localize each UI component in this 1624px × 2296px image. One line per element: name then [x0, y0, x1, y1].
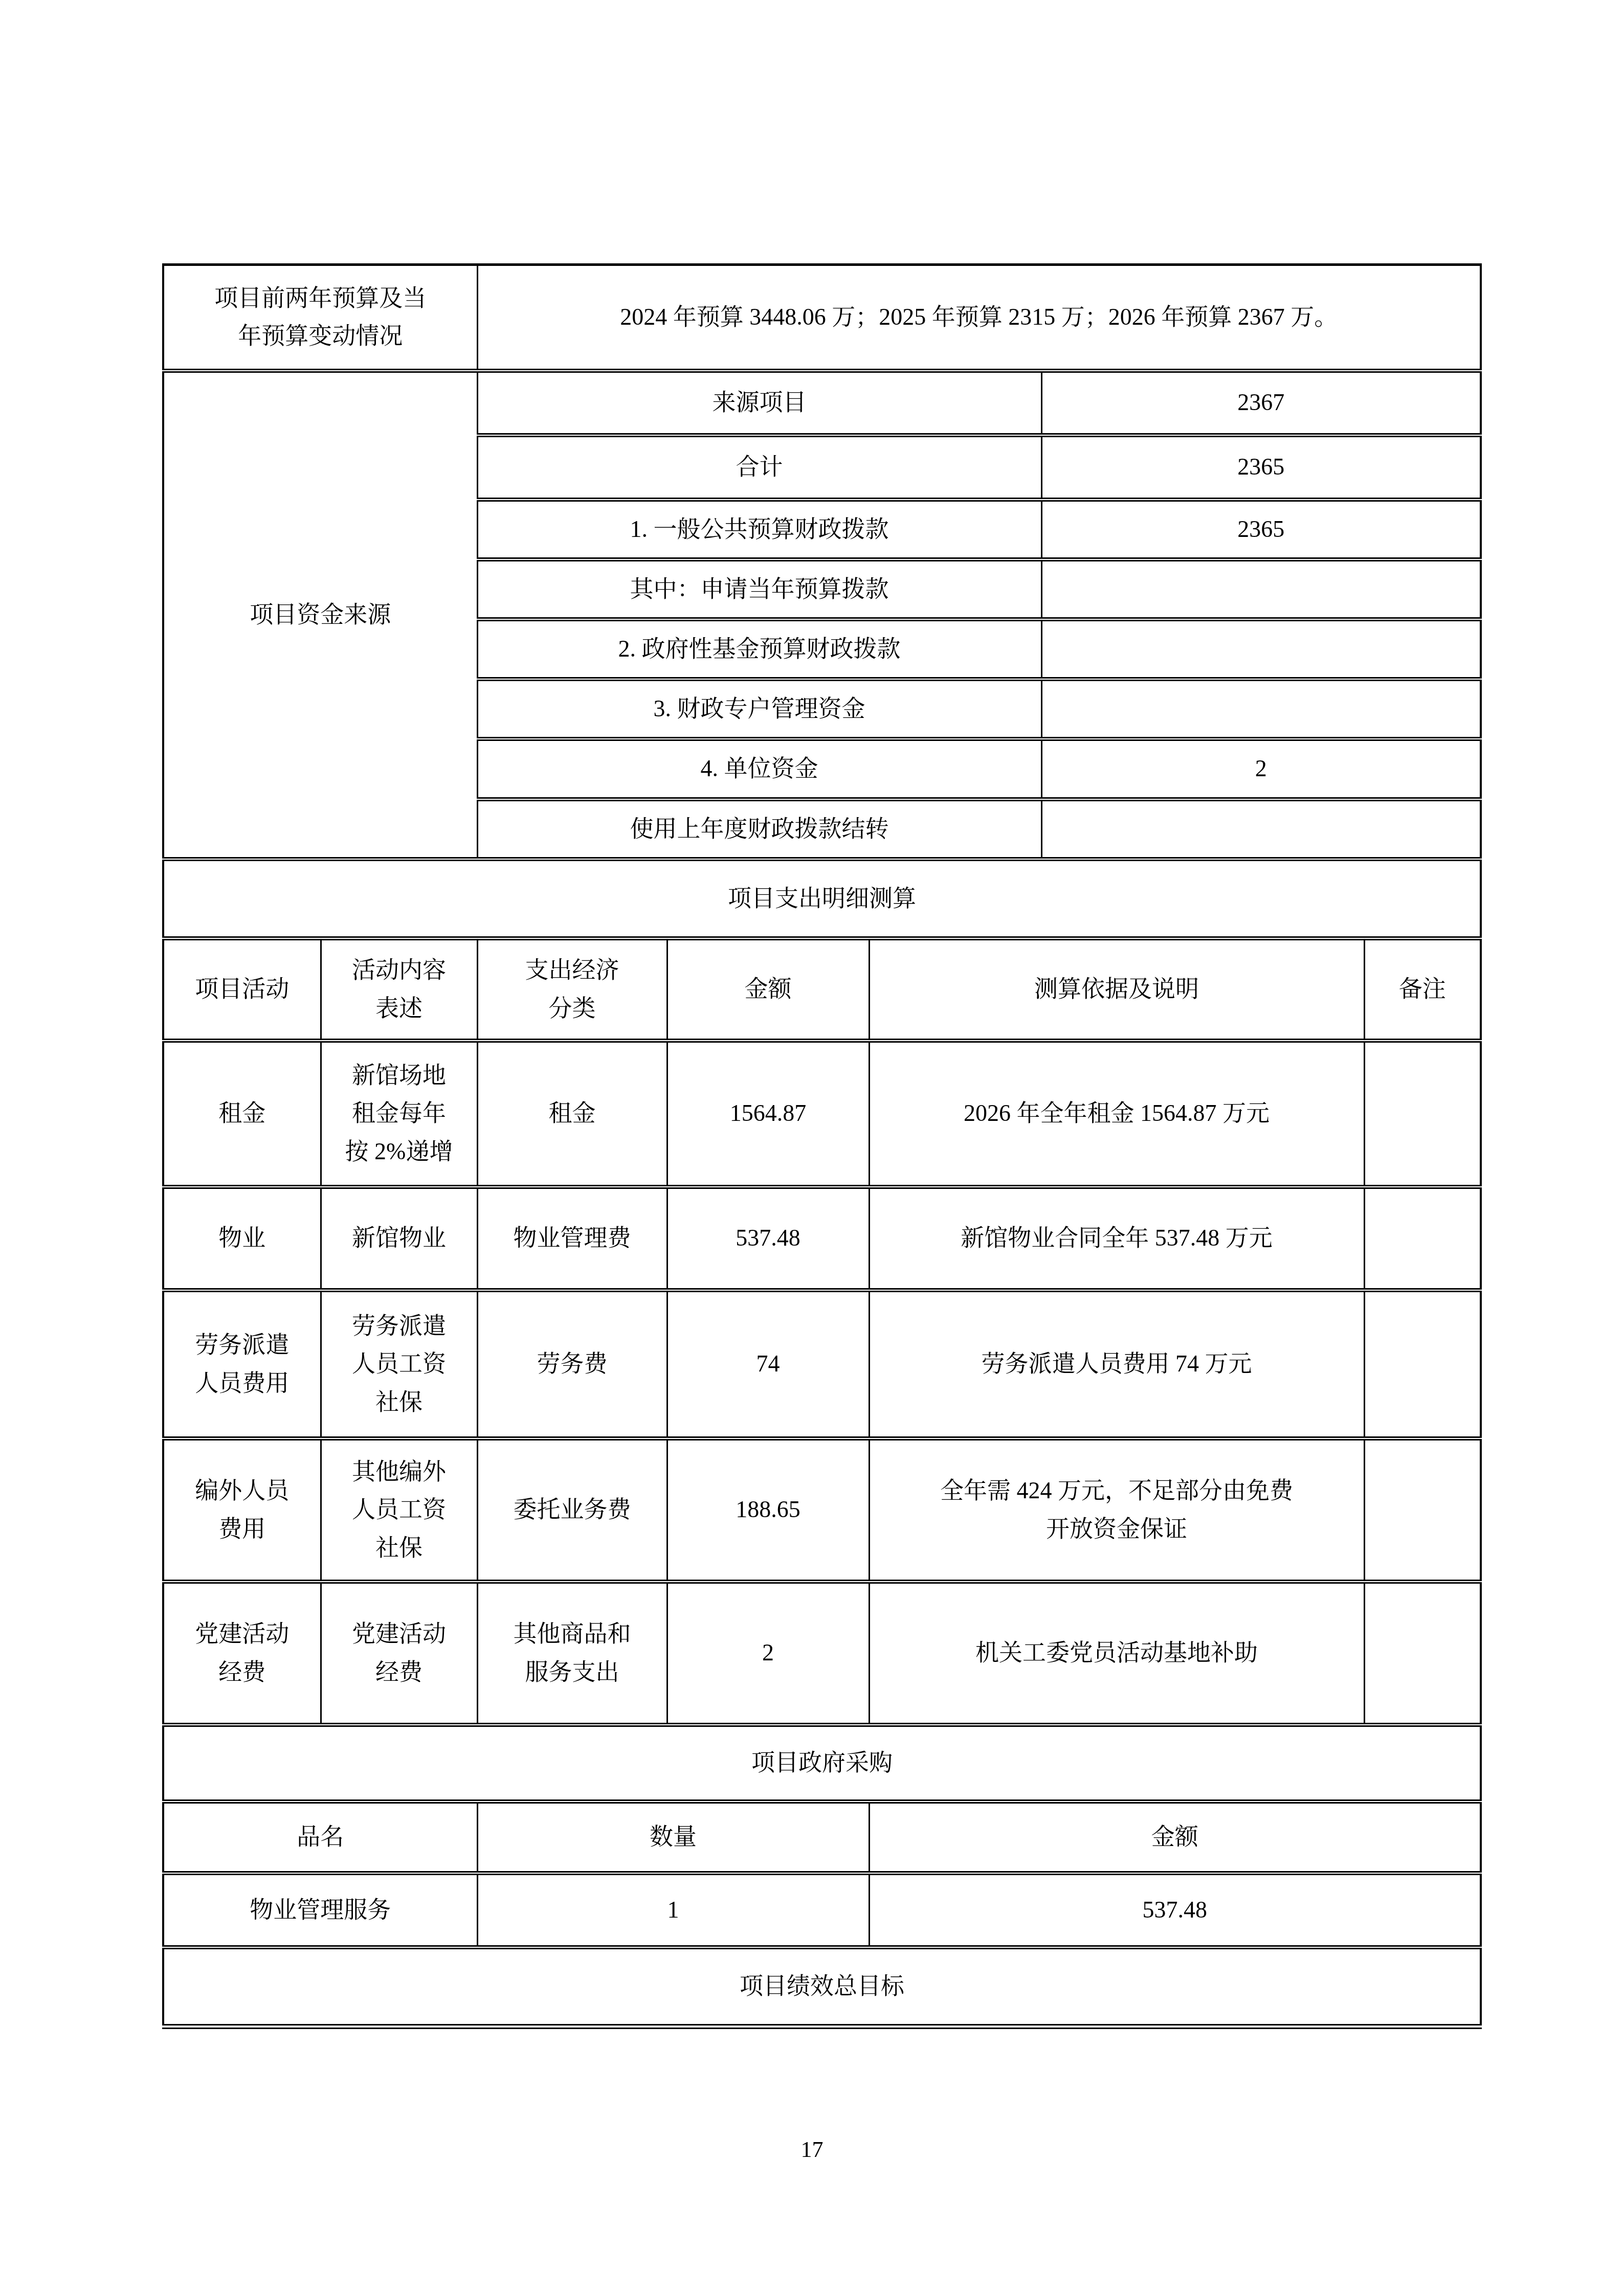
procurement-row-property-service: 物业管理服务 1 537.48 — [163, 1873, 1481, 1947]
funding-item: 使用上年度财政拨款结转 — [477, 799, 1041, 859]
procurement-section-title-row: 项目政府采购 — [163, 1725, 1481, 1802]
cell-amount: 74 — [667, 1290, 869, 1438]
cell-content: 其他编外 人员工资 社保 — [321, 1438, 477, 1582]
cell-amount: 1564.87 — [667, 1041, 869, 1187]
funding-value — [1041, 679, 1481, 739]
cell-category: 租金 — [477, 1041, 667, 1187]
prior-budget-label: 项目前两年预算及当 年预算变动情况 — [163, 265, 477, 371]
cell-basis: 2026 年全年租金 1564.87 万元 — [869, 1041, 1364, 1187]
cell-basis: 全年需 424 万元，不足部分由免费 开放资金保证 — [869, 1438, 1364, 1582]
funding-item: 合计 — [477, 435, 1041, 500]
cell-basis: 劳务派遣人员费用 74 万元 — [869, 1290, 1364, 1438]
cell-category: 委托业务费 — [477, 1438, 667, 1582]
funding-value — [1041, 799, 1481, 859]
cell-activity: 租金 — [163, 1041, 321, 1187]
funding-value: 2365 — [1041, 435, 1481, 500]
cell-basis: 新馆物业合同全年 537.48 万元 — [869, 1187, 1364, 1290]
cell-content: 新馆物业 — [321, 1187, 477, 1290]
col-header-activity: 项目活动 — [163, 938, 321, 1041]
funding-value: 2 — [1041, 739, 1481, 799]
prior-budget-value: 2024 年预算 3448.06 万；2025 年预算 2315 万；2026 … — [477, 265, 1481, 371]
cell-content: 劳务派遣 人员工资 社保 — [321, 1290, 477, 1438]
funding-row-source-item: 项目资金来源 来源项目 2367 — [163, 371, 1481, 435]
funding-item: 1. 一般公共预算财政拨款 — [477, 500, 1041, 559]
funding-value: 2367 — [1041, 371, 1481, 435]
cell-content: 党建活动 经费 — [321, 1582, 477, 1725]
funding-section-label: 项目资金来源 — [163, 371, 477, 859]
cell-note — [1364, 1582, 1481, 1725]
cell-category: 劳务费 — [477, 1290, 667, 1438]
cell-amount: 2 — [667, 1582, 869, 1725]
cell-content: 新馆场地 租金每年 按 2%递增 — [321, 1041, 477, 1187]
col-header-amount: 金额 — [667, 938, 869, 1041]
col-header-quantity: 数量 — [477, 1802, 869, 1873]
cell-note — [1364, 1041, 1481, 1187]
col-header-item-name: 品名 — [163, 1802, 477, 1873]
cell-activity: 编外人员 费用 — [163, 1438, 321, 1582]
expenditure-section-title-row: 项目支出明细测算 — [163, 859, 1481, 938]
cell-amount: 537.48 — [667, 1187, 869, 1290]
budget-table: 项目前两年预算及当 年预算变动情况 2024 年预算 3448.06 万；202… — [162, 263, 1482, 2029]
performance-section-title-row: 项目绩效总目标 — [163, 1947, 1481, 2027]
cell-proc-amount: 537.48 — [869, 1873, 1481, 1947]
funding-item: 其中：申请当年预算拨款 — [477, 559, 1041, 619]
cell-quantity: 1 — [477, 1873, 869, 1947]
col-header-note: 备注 — [1364, 938, 1481, 1041]
cell-activity: 党建活动 经费 — [163, 1582, 321, 1725]
funding-item: 来源项目 — [477, 371, 1041, 435]
funding-item: 2. 政府性基金预算财政拨款 — [477, 619, 1041, 679]
expenditure-row-rent: 租金 新馆场地 租金每年 按 2%递增 租金 1564.87 2026 年全年租… — [163, 1041, 1481, 1187]
budget-document: 项目前两年预算及当 年预算变动情况 2024 年预算 3448.06 万；202… — [162, 263, 1482, 2029]
col-header-content: 活动内容 表述 — [321, 938, 477, 1041]
funding-item: 4. 单位资金 — [477, 739, 1041, 799]
performance-section-title: 项目绩效总目标 — [163, 1947, 1481, 2027]
expenditure-row-party-building: 党建活动 经费 党建活动 经费 其他商品和 服务支出 2 机关工委党员活动基地补… — [163, 1582, 1481, 1725]
cell-basis: 机关工委党员活动基地补助 — [869, 1582, 1364, 1725]
funding-value: 2365 — [1041, 500, 1481, 559]
cell-note — [1364, 1290, 1481, 1438]
col-header-basis: 测算依据及说明 — [869, 938, 1364, 1041]
procurement-section-title: 项目政府采购 — [163, 1725, 1481, 1802]
col-header-category: 支出经济 分类 — [477, 938, 667, 1041]
prior-budget-row: 项目前两年预算及当 年预算变动情况 2024 年预算 3448.06 万；202… — [163, 265, 1481, 371]
cell-activity: 物业 — [163, 1187, 321, 1290]
cell-note — [1364, 1187, 1481, 1290]
cell-note — [1364, 1438, 1481, 1582]
expenditure-row-external-staff: 编外人员 费用 其他编外 人员工资 社保 委托业务费 188.65 全年需 42… — [163, 1438, 1481, 1582]
cell-activity: 劳务派遣 人员费用 — [163, 1290, 321, 1438]
expenditure-section-title: 项目支出明细测算 — [163, 859, 1481, 938]
cell-category: 物业管理费 — [477, 1187, 667, 1290]
expenditure-row-labor-dispatch: 劳务派遣 人员费用 劳务派遣 人员工资 社保 劳务费 74 劳务派遣人员费用 7… — [163, 1290, 1481, 1438]
expenditure-row-property: 物业 新馆物业 物业管理费 537.48 新馆物业合同全年 537.48 万元 — [163, 1187, 1481, 1290]
funding-item: 3. 财政专户管理资金 — [477, 679, 1041, 739]
page-number: 17 — [0, 2136, 1624, 2163]
funding-value — [1041, 619, 1481, 679]
col-header-proc-amount: 金额 — [869, 1802, 1481, 1873]
funding-value — [1041, 559, 1481, 619]
cell-amount: 188.65 — [667, 1438, 869, 1582]
procurement-header-row: 品名 数量 金额 — [163, 1802, 1481, 1873]
cell-item-name: 物业管理服务 — [163, 1873, 477, 1947]
cell-category: 其他商品和 服务支出 — [477, 1582, 667, 1725]
expenditure-header-row: 项目活动 活动内容 表述 支出经济 分类 金额 测算依据及说明 备注 — [163, 938, 1481, 1041]
